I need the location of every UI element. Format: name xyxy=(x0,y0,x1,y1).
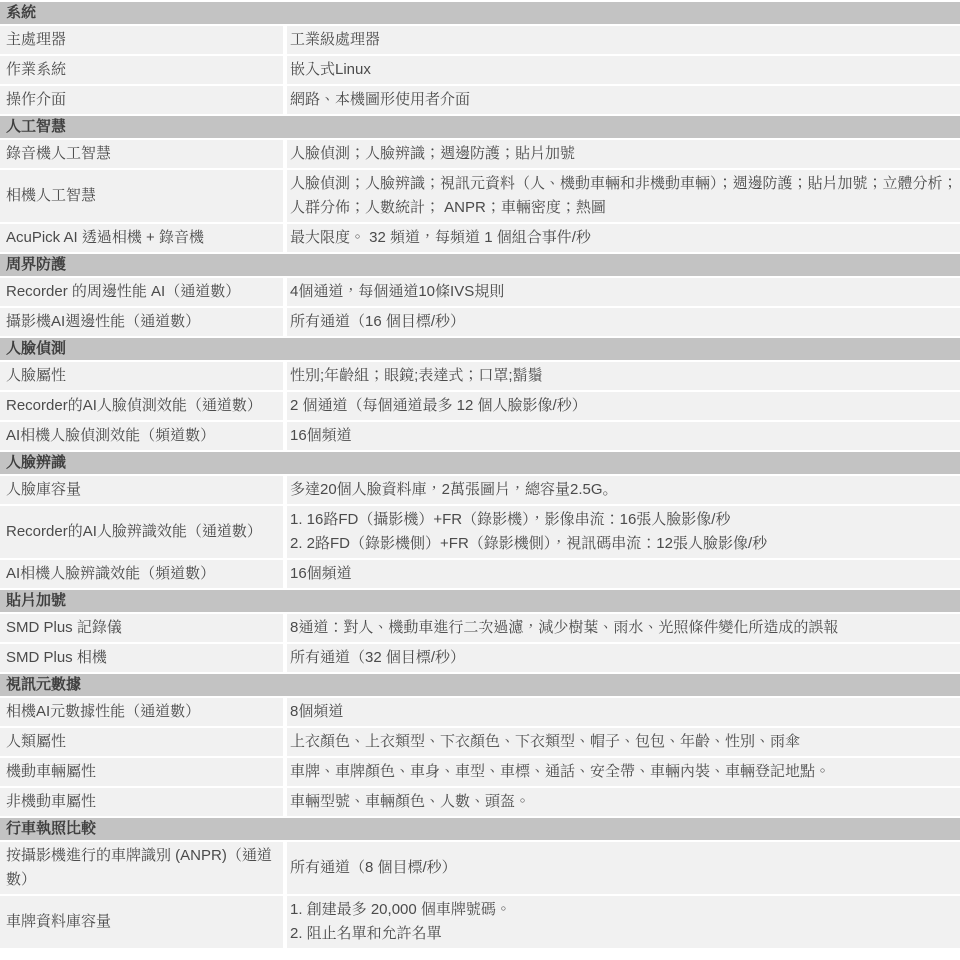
section-rows: 相機AI元數據性能（通道數） 8個頻道 人類屬性 上衣顏色、上衣類型、下衣顏色、… xyxy=(0,698,960,816)
spec-value-cell: 所有通道（8 個目標/秒） xyxy=(287,842,960,894)
spec-label: Recorder的AI人臉偵測效能（通道數） xyxy=(6,394,262,418)
spec-label: 錄音機人工智慧 xyxy=(6,142,111,166)
table-row: 人臉庫容量 多達20個人臉資料庫，2萬張圖片，總容量2.5G。 xyxy=(0,476,960,504)
spec-value-cell: 最大限度。 32 頻道，每頻道 1 個組合事件/秒 xyxy=(287,224,960,252)
spec-value-cell: 人臉偵測；人臉辨識；週邊防護；貼片加號 xyxy=(287,140,960,168)
spec-value: 網路、本機圖形使用者介面 xyxy=(290,88,470,112)
spec-label: 人臉屬性 xyxy=(6,364,66,388)
spec-value: 最大限度。 32 頻道，每頻道 1 個組合事件/秒 xyxy=(290,226,591,250)
spec-label: 按攝影機進行的車牌識別 (ANPR)（通道數） xyxy=(6,844,277,892)
spec-value-cell: 1. 創建最多 20,000 個車牌號碼。 2. 阻止名單和允許名單 xyxy=(287,896,960,948)
table-row: 相機AI元數據性能（通道數） 8個頻道 xyxy=(0,698,960,726)
spec-label: 攝影機AI週邊性能（通道數） xyxy=(6,310,200,334)
spec-label-cell: AI相機人臉偵測效能（頻道數） xyxy=(0,422,283,450)
spec-value: 2 個通道（每個通道最多 12 個人臉影像/秒） xyxy=(290,394,587,418)
table-row: 攝影機AI週邊性能（通道數） 所有通道（16 個目標/秒） xyxy=(0,308,960,336)
spec-value-cell: 8個頻道 xyxy=(287,698,960,726)
spec-value-cell: 嵌入式Linux xyxy=(287,56,960,84)
section-title: 視訊元數據 xyxy=(6,676,81,693)
spec-section-5: 貼片加號 SMD Plus 記錄儀 8通道：對人、機動車進行二次過濾，減少樹葉、… xyxy=(0,590,960,672)
spec-label: 人臉庫容量 xyxy=(6,478,81,502)
spec-label: 機動車輛屬性 xyxy=(6,760,96,784)
table-row: 人臉屬性 性別;年齡組；眼鏡;表達式；口罩;鬍鬚 xyxy=(0,362,960,390)
spec-value-cell: 1. 16路FD（攝影機）+FR（錄影機），影像串流：16張人臉影像/秒 2. … xyxy=(287,506,960,558)
spec-label-cell: 按攝影機進行的車牌識別 (ANPR)（通道數） xyxy=(0,842,283,894)
section-header: 行車執照比較 xyxy=(0,818,960,840)
spec-value-cell: 8通道：對人、機動車進行二次過濾，減少樹葉、雨水、光照條件變化所造成的誤報 xyxy=(287,614,960,642)
section-header: 貼片加號 xyxy=(0,590,960,612)
table-row: 錄音機人工智慧 人臉偵測；人臉辨識；週邊防護；貼片加號 xyxy=(0,140,960,168)
table-row: 按攝影機進行的車牌識別 (ANPR)（通道數） 所有通道（8 個目標/秒） xyxy=(0,842,960,894)
spec-section-0: 系統 主處理器 工業級處理器 作業系統 嵌入式Linux 操作介面 網路、本機圖… xyxy=(0,2,960,114)
spec-value: 嵌入式Linux xyxy=(290,58,371,82)
section-header: 人臉辨識 xyxy=(0,452,960,474)
table-row: Recorder 的周邊性能 AI（通道數） 4個通道，每個通道10條IVS規則 xyxy=(0,278,960,306)
table-row: 主處理器 工業級處理器 xyxy=(0,26,960,54)
spec-value-cell: 性別;年齡組；眼鏡;表達式；口罩;鬍鬚 xyxy=(287,362,960,390)
spec-label-cell: 人類屬性 xyxy=(0,728,283,756)
spec-label-cell: AcuPick AI 透過相機 + 錄音機 xyxy=(0,224,283,252)
spec-label: SMD Plus 相機 xyxy=(6,646,107,670)
spec-label: 相機人工智慧 xyxy=(6,184,96,208)
spec-label-cell: 相機人工智慧 xyxy=(0,170,283,222)
section-title: 周界防護 xyxy=(6,256,66,273)
spec-label: Recorder 的周邊性能 AI（通道數） xyxy=(6,280,240,304)
spec-section-3: 人臉偵測 人臉屬性 性別;年齡組；眼鏡;表達式；口罩;鬍鬚 Recorder的A… xyxy=(0,338,960,450)
section-title: 人工智慧 xyxy=(6,118,66,135)
table-row: Recorder的AI人臉偵測效能（通道數） 2 個通道（每個通道最多 12 個… xyxy=(0,392,960,420)
section-header: 周界防護 xyxy=(0,254,960,276)
spec-value-cell: 車輛型號、車輛顏色、人數、頭盔。 xyxy=(287,788,960,816)
spec-section-6: 視訊元數據 相機AI元數據性能（通道數） 8個頻道 人類屬性 上衣顏色、上衣類型… xyxy=(0,674,960,816)
section-title: 貼片加號 xyxy=(6,592,66,609)
section-rows: SMD Plus 記錄儀 8通道：對人、機動車進行二次過濾，減少樹葉、雨水、光照… xyxy=(0,614,960,672)
spec-value: 16個頻道 xyxy=(290,562,352,586)
table-row: AcuPick AI 透過相機 + 錄音機 最大限度。 32 頻道，每頻道 1 … xyxy=(0,224,960,252)
spec-label: 操作介面 xyxy=(6,88,66,112)
section-header: 人臉偵測 xyxy=(0,338,960,360)
spec-label-cell: 機動車輛屬性 xyxy=(0,758,283,786)
section-title: 人臉偵測 xyxy=(6,340,66,357)
spec-value-cell: 人臉偵測；人臉辨識；視訊元資料（人、機動車輛和非機動車輛）；週邊防護；貼片加號；… xyxy=(287,170,960,222)
spec-label-cell: AI相機人臉辨識效能（頻道數） xyxy=(0,560,283,588)
table-row: 機動車輛屬性 車牌、車牌顏色、車身、車型、車標、通話、安全帶、車輛內裝、車輛登記… xyxy=(0,758,960,786)
table-row: 作業系統 嵌入式Linux xyxy=(0,56,960,84)
spec-label-cell: 車牌資料庫容量 xyxy=(0,896,283,948)
spec-value: 人臉偵測；人臉辨識；週邊防護；貼片加號 xyxy=(290,142,575,166)
table-row: 非機動車屬性 車輛型號、車輛顏色、人數、頭盔。 xyxy=(0,788,960,816)
table-row: SMD Plus 相機 所有通道（32 個目標/秒） xyxy=(0,644,960,672)
table-row: Recorder的AI人臉辨識效能（通道數） 1. 16路FD（攝影機）+FR（… xyxy=(0,506,960,558)
section-header: 系統 xyxy=(0,2,960,24)
spec-value: 車牌、車牌顏色、車身、車型、車標、通話、安全帶、車輛內裝、車輛登記地點。 xyxy=(290,760,830,784)
spec-value-cell: 2 個通道（每個通道最多 12 個人臉影像/秒） xyxy=(287,392,960,420)
spec-value-cell: 網路、本機圖形使用者介面 xyxy=(287,86,960,114)
spec-section-2: 周界防護 Recorder 的周邊性能 AI（通道數） 4個通道，每個通道10條… xyxy=(0,254,960,336)
spec-label: 非機動車屬性 xyxy=(6,790,96,814)
spec-label: 相機AI元數據性能（通道數） xyxy=(6,700,200,724)
spec-label-cell: Recorder 的周邊性能 AI（通道數） xyxy=(0,278,283,306)
table-row: 人類屬性 上衣顏色、上衣類型、下衣顏色、下衣類型、帽子、包包、年齡、性別、雨傘 xyxy=(0,728,960,756)
section-rows: 錄音機人工智慧 人臉偵測；人臉辨識；週邊防護；貼片加號 相機人工智慧 人臉偵測；… xyxy=(0,140,960,252)
spec-value: 16個頻道 xyxy=(290,424,352,448)
spec-value-cell: 多達20個人臉資料庫，2萬張圖片，總容量2.5G。 xyxy=(287,476,960,504)
spec-value-cell: 4個通道，每個通道10條IVS規則 xyxy=(287,278,960,306)
section-rows: 人臉屬性 性別;年齡組；眼鏡;表達式；口罩;鬍鬚 Recorder的AI人臉偵測… xyxy=(0,362,960,450)
spec-value: 多達20個人臉資料庫，2萬張圖片，總容量2.5G。 xyxy=(290,478,618,502)
spec-value: 1. 創建最多 20,000 個車牌號碼。 2. 阻止名單和允許名單 xyxy=(290,898,511,946)
spec-label: AI相機人臉辨識效能（頻道數） xyxy=(6,562,215,586)
spec-value: 4個通道，每個通道10條IVS規則 xyxy=(290,280,504,304)
spec-section-7: 行車執照比較 按攝影機進行的車牌識別 (ANPR)（通道數） 所有通道（8 個目… xyxy=(0,818,960,948)
spec-value-cell: 工業級處理器 xyxy=(287,26,960,54)
spec-label: 人類屬性 xyxy=(6,730,66,754)
table-row: 相機人工智慧 人臉偵測；人臉辨識；視訊元資料（人、機動車輛和非機動車輛）；週邊防… xyxy=(0,170,960,222)
spec-value: 所有通道（8 個目標/秒） xyxy=(290,856,457,880)
spec-label-cell: SMD Plus 相機 xyxy=(0,644,283,672)
section-rows: 人臉庫容量 多達20個人臉資料庫，2萬張圖片，總容量2.5G。 Recorder… xyxy=(0,476,960,588)
spec-value-cell: 車牌、車牌顏色、車身、車型、車標、通話、安全帶、車輛內裝、車輛登記地點。 xyxy=(287,758,960,786)
spec-value: 所有通道（16 個目標/秒） xyxy=(290,310,465,334)
spec-label: 車牌資料庫容量 xyxy=(6,910,111,934)
section-rows: 主處理器 工業級處理器 作業系統 嵌入式Linux 操作介面 網路、本機圖形使用… xyxy=(0,26,960,114)
section-header: 視訊元數據 xyxy=(0,674,960,696)
spec-label-cell: 人臉屬性 xyxy=(0,362,283,390)
spec-label-cell: 攝影機AI週邊性能（通道數） xyxy=(0,308,283,336)
spec-value-cell: 16個頻道 xyxy=(287,422,960,450)
spec-value-cell: 所有通道（16 個目標/秒） xyxy=(287,308,960,336)
spec-label-cell: 作業系統 xyxy=(0,56,283,84)
table-row: 操作介面 網路、本機圖形使用者介面 xyxy=(0,86,960,114)
spec-value: 8通道：對人、機動車進行二次過濾，減少樹葉、雨水、光照條件變化所造成的誤報 xyxy=(290,616,838,640)
spec-section-1: 人工智慧 錄音機人工智慧 人臉偵測；人臉辨識；週邊防護；貼片加號 相機人工智慧 … xyxy=(0,116,960,252)
section-header: 人工智慧 xyxy=(0,116,960,138)
spec-value-cell: 16個頻道 xyxy=(287,560,960,588)
spec-label-cell: SMD Plus 記錄儀 xyxy=(0,614,283,642)
spec-label-cell: Recorder的AI人臉辨識效能（通道數） xyxy=(0,506,283,558)
spec-value: 車輛型號、車輛顏色、人數、頭盔。 xyxy=(290,790,530,814)
spec-section-4: 人臉辨識 人臉庫容量 多達20個人臉資料庫，2萬張圖片，總容量2.5G。 Rec… xyxy=(0,452,960,588)
spec-value: 所有通道（32 個目標/秒） xyxy=(290,646,465,670)
spec-value: 上衣顏色、上衣類型、下衣顏色、下衣類型、帽子、包包、年齡、性別、雨傘 xyxy=(290,730,800,754)
spec-value: 人臉偵測；人臉辨識；視訊元資料（人、機動車輛和非機動車輛）；週邊防護；貼片加號；… xyxy=(290,172,958,220)
spec-value: 性別;年齡組；眼鏡;表達式；口罩;鬍鬚 xyxy=(290,364,543,388)
table-row: SMD Plus 記錄儀 8通道：對人、機動車進行二次過濾，減少樹葉、雨水、光照… xyxy=(0,614,960,642)
spec-label-cell: 人臉庫容量 xyxy=(0,476,283,504)
spec-label-cell: 相機AI元數據性能（通道數） xyxy=(0,698,283,726)
section-title: 行車執照比較 xyxy=(6,820,96,837)
spec-label: SMD Plus 記錄儀 xyxy=(6,616,122,640)
table-row: AI相機人臉辨識效能（頻道數） 16個頻道 xyxy=(0,560,960,588)
spec-label: 主處理器 xyxy=(6,28,66,52)
spec-label-cell: 非機動車屬性 xyxy=(0,788,283,816)
spec-value: 1. 16路FD（攝影機）+FR（錄影機），影像串流：16張人臉影像/秒 2. … xyxy=(290,508,767,556)
section-title: 人臉辨識 xyxy=(6,454,66,471)
table-row: AI相機人臉偵測效能（頻道數） 16個頻道 xyxy=(0,422,960,450)
spec-value: 工業級處理器 xyxy=(290,28,380,52)
spec-value-cell: 所有通道（32 個目標/秒） xyxy=(287,644,960,672)
section-rows: 按攝影機進行的車牌識別 (ANPR)（通道數） 所有通道（8 個目標/秒） 車牌… xyxy=(0,842,960,948)
spec-label: Recorder的AI人臉辨識效能（通道數） xyxy=(6,520,262,544)
spec-label-cell: Recorder的AI人臉偵測效能（通道數） xyxy=(0,392,283,420)
spec-value: 8個頻道 xyxy=(290,700,343,724)
spec-label: AcuPick AI 透過相機 + 錄音機 xyxy=(6,226,204,250)
spec-table: 系統 主處理器 工業級處理器 作業系統 嵌入式Linux 操作介面 網路、本機圖… xyxy=(0,0,960,948)
spec-label-cell: 主處理器 xyxy=(0,26,283,54)
table-row: 車牌資料庫容量 1. 創建最多 20,000 個車牌號碼。 2. 阻止名單和允許… xyxy=(0,896,960,948)
section-rows: Recorder 的周邊性能 AI（通道數） 4個通道，每個通道10條IVS規則… xyxy=(0,278,960,336)
spec-label-cell: 操作介面 xyxy=(0,86,283,114)
spec-label: AI相機人臉偵測效能（頻道數） xyxy=(6,424,215,448)
spec-value-cell: 上衣顏色、上衣類型、下衣顏色、下衣類型、帽子、包包、年齡、性別、雨傘 xyxy=(287,728,960,756)
section-title: 系統 xyxy=(6,4,36,21)
spec-label-cell: 錄音機人工智慧 xyxy=(0,140,283,168)
spec-label: 作業系統 xyxy=(6,58,66,82)
